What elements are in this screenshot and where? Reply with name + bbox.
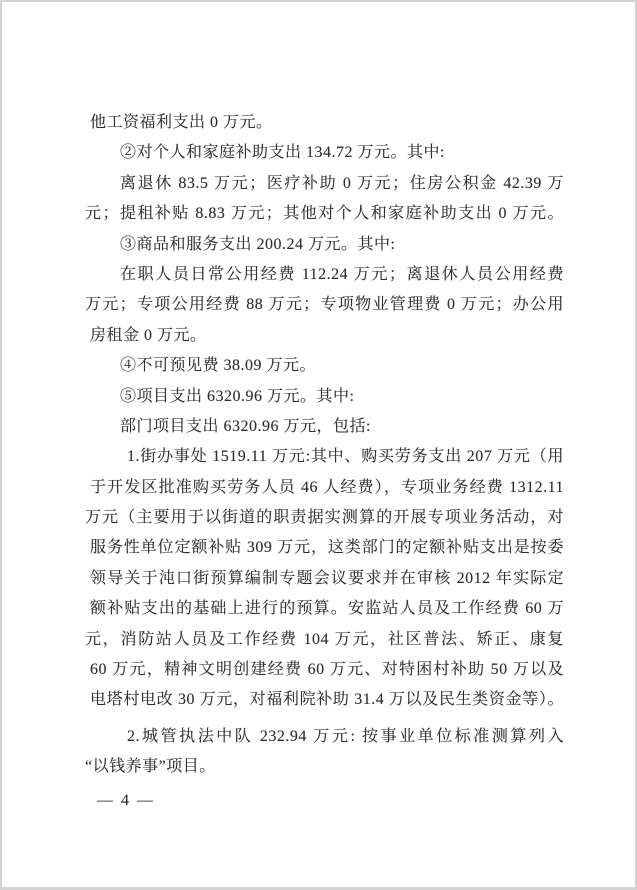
- text-line: 于开发区批准购买劳务人员 46 人经费），专项业务经费 1312.11: [90, 473, 564, 503]
- text-line: ⑤项目支出 6320.96 万元。其中:: [90, 382, 564, 412]
- text-line: 领导关于沌口街预算编制专题会议要求并在审核 2012 年实际定: [90, 564, 564, 594]
- page-number: — 4 —: [90, 786, 564, 816]
- text-line: 1.街办事处 1519.11 万元:其中、购买劳务支出 207 万元（用: [90, 442, 564, 472]
- document-text-block: 他工资福利支出 0 万元。 ②对个人和家庭补助支出 134.72 万元。其中: …: [90, 108, 564, 816]
- text-line: 电塔村电改 30 万元，对福利院补助 31.4 万以及民生类资金等）。: [90, 685, 564, 715]
- text-line: 万元（主要用于以街道的职责据实测算的开展专项业务活动，对: [85, 503, 564, 533]
- text-line: 部门项目支出 6320.96 万元，包括:: [90, 412, 564, 442]
- text-line: 离退休 83.5 万元；医疗补助 0 万元；住房公积金 42.39 万: [90, 169, 564, 199]
- text-line: 元；提租补贴 8.83 万元；其他对个人和家庭补助支出 0 万元。: [85, 199, 564, 229]
- text-line: 在职人员日常公用经费 112.24 万元；离退休人员公用经费: [90, 260, 564, 290]
- text-line: 60 万元，精神文明创建经费 60 万元、对特困村补助 50 万以及: [90, 655, 564, 685]
- document-page: 他工资福利支出 0 万元。 ②对个人和家庭补助支出 134.72 万元。其中: …: [0, 0, 637, 890]
- text-line: 2.城管执法中队 232.94 万元: 按事业单位标准测算列入: [90, 722, 564, 752]
- text-line: 额补贴支出的基础上进行的预算。安监站人员及工作经费 60 万: [90, 594, 564, 624]
- text-line: 万元；专项公用经费 88 万元；专项物业管理费 0 万元；办公用: [85, 290, 564, 320]
- text-line: ②对个人和家庭补助支出 134.72 万元。其中:: [90, 138, 564, 168]
- text-line: 他工资福利支出 0 万元。: [90, 108, 564, 138]
- text-line: “以钱养事”项目。: [85, 752, 564, 782]
- text-line: 服务性单位定额补贴 309 万元，这类部门的定额补贴支出是按委: [90, 533, 564, 563]
- text-line: 元，消防站人员及工作经费 104 万元，社区普法、矫正、康复: [85, 625, 564, 655]
- text-line: 房租金 0 万元。: [90, 321, 564, 351]
- text-line: ③商品和服务支出 200.24 万元。其中:: [90, 230, 564, 260]
- text-line: ④不可预见费 38.09 万元。: [90, 351, 564, 381]
